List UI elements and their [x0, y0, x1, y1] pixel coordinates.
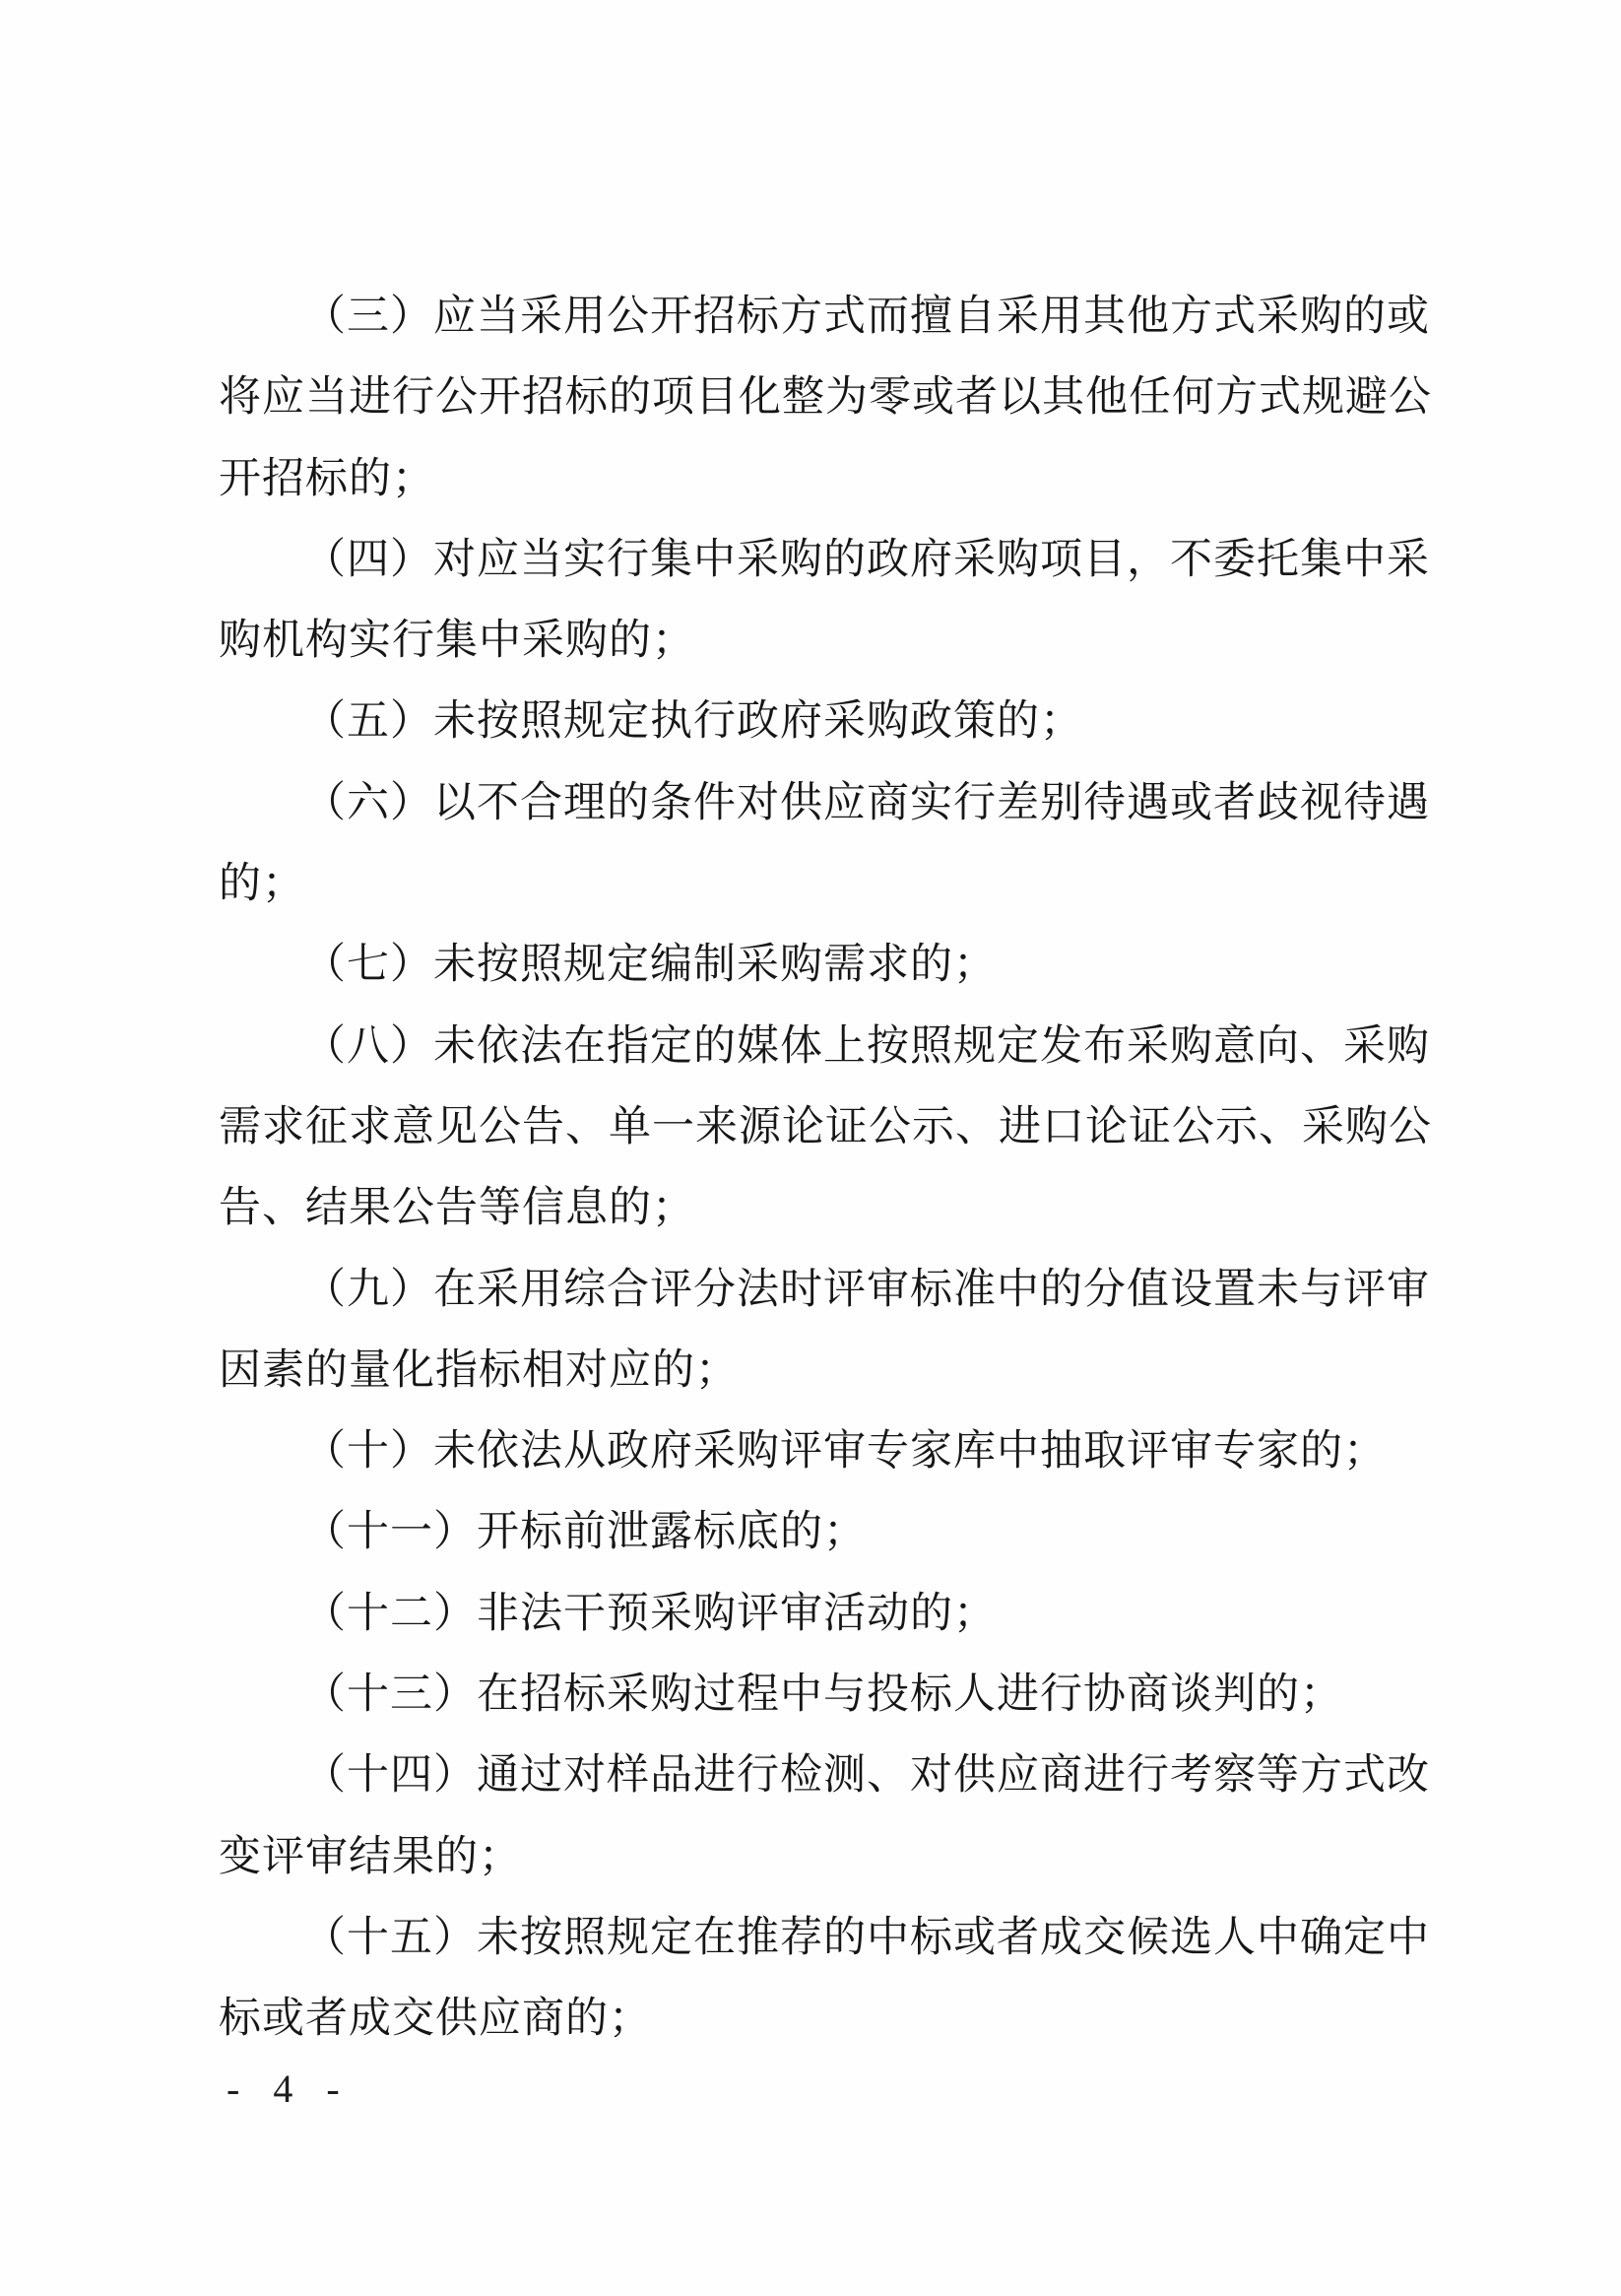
- text-line: （五）未按照规定执行政府采购政策的；: [219, 682, 1430, 762]
- body-text: （三）应当采用公开招标方式而擅自采用其他方式采购的或将应当进行公开招标的项目化整…: [219, 277, 1430, 2061]
- text-line: （三）应当采用公开招标方式而擅自采用其他方式采购的或: [219, 277, 1430, 358]
- text-line: （十五）未按照规定在推荐的中标或者成交候选人中确定中: [219, 1898, 1430, 1979]
- text-line: （六）以不合理的条件对供应商实行差别待遇或者歧视待遇: [219, 763, 1430, 844]
- text-line: 标或者成交供应商的；: [219, 1979, 1430, 2060]
- text-line: （十）未依法从政府采购评审专家库中抽取评审专家的；: [219, 1411, 1430, 1492]
- document-page: （三）应当采用公开招标方式而擅自采用其他方式采购的或将应当进行公开招标的项目化整…: [0, 0, 1621, 2296]
- text-line: （九）在采用综合评分法时评审标准中的分值设置未与评审: [219, 1250, 1430, 1331]
- text-line: 开招标的；: [219, 439, 1430, 520]
- text-line: （四）对应当实行集中采购的政府采购项目，不委托集中采: [219, 520, 1430, 601]
- text-line: 购机构实行集中采购的；: [219, 601, 1430, 682]
- text-line: （十二）非法干预采购评审活动的；: [219, 1574, 1430, 1655]
- text-line: 将应当进行公开招标的项目化整为零或者以其他任何方式规避公: [219, 358, 1430, 438]
- text-line: 因素的量化指标相对应的；: [219, 1331, 1430, 1411]
- text-line: 的；: [219, 844, 1430, 925]
- text-line: 变评审结果的；: [219, 1817, 1430, 1898]
- text-line: 需求征求意见公告、单一来源论证公示、进口论证公示、采购公: [219, 1087, 1430, 1168]
- text-line: （十三）在招标采购过程中与投标人进行协商谈判的；: [219, 1655, 1430, 1736]
- text-line: （八）未依法在指定的媒体上按照规定发布采购意向、采购: [219, 1007, 1430, 1087]
- text-line: （十四）通过对样品进行检测、对供应商进行考察等方式改: [219, 1736, 1430, 1816]
- text-line: （十一）开标前泄露标底的；: [219, 1492, 1430, 1573]
- text-line: （七）未按照规定编制采购需求的；: [219, 925, 1430, 1006]
- page-number: - 4 -: [227, 2066, 352, 2112]
- text-line: 告、结果公告等信息的；: [219, 1168, 1430, 1249]
